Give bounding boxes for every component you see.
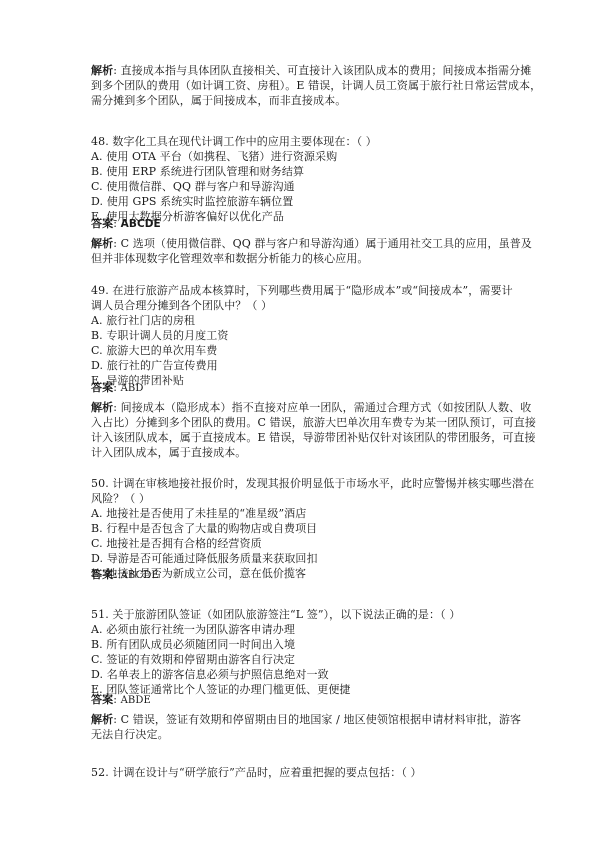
option-c: C. 地接社是否拥有合格的经营资质	[91, 537, 262, 551]
analysis-line: 入占比）分摊到多个团队的费用。C 错误，旅游大巴单次用车费专为某一团队预订，可直…	[91, 416, 536, 430]
analysis-line: 解析: C 选项（使用微信群、QQ 群与客户和导游沟通）属于通用社交工具的应用，…	[91, 237, 532, 251]
answer-value: ABD	[121, 383, 144, 394]
analysis-label: 解析	[91, 237, 113, 250]
option-d: D. 使用 GPS 系统实时监控旅游车辆位置	[91, 195, 293, 209]
question-text: 调人员合理分摊到各个团队中？（ ）	[91, 299, 272, 313]
option-d: D. 导游是否可能通过降低服务质量来获取回扣	[91, 552, 318, 566]
analysis-line: 计入该团队成本，属于直接成本。E 错误，导游带团补贴仅针对该团队的带团服务，可直…	[91, 431, 536, 445]
answer-line: 答案: ABDE	[91, 693, 151, 708]
analysis-label: 解析	[91, 713, 113, 726]
answer-label: 答案	[91, 693, 113, 706]
option-c: C. 签证的有效期和停留期由游客自行决定	[91, 653, 295, 667]
question-text: 52. 计调在设计与“研学旅行”产品时，应着重把握的要点包括：（ ）	[91, 766, 422, 780]
analysis-label: 解析	[91, 64, 113, 77]
question-text: 50. 计调在审核地接社报价时，发现其报价明显低于市场水平，此时应警惕并核实哪些…	[91, 477, 534, 491]
option-d: D. 名单表上的游客信息必须与护照信息绝对一致	[91, 668, 329, 682]
option-c: C. 使用微信群、QQ 群与客户和导游沟通	[91, 180, 295, 194]
analysis-label: 解析	[91, 401, 113, 414]
analysis-line: 解析: C 错误，签证有效期和停留期由目的地国家 / 地区使领馆根据申请材料审批…	[91, 713, 521, 727]
answer-value: ABCDE	[121, 218, 161, 230]
question-text: 48. 数字化工具在现代计调工作中的应用主要体现在：（ ）	[91, 135, 377, 149]
answer-line: 答案: ABD	[91, 381, 144, 396]
option-a: A. 使用 OTA 平台（如携程、飞猪）进行资源采购	[91, 150, 337, 164]
analysis-line: 解析: 间接成本（隐形成本）指不直接对应单一团队，需通过合理方式（如按团队人数、…	[91, 401, 531, 415]
question-text: 风险？（ ）	[91, 492, 150, 506]
question-text: 49. 在进行旅游产品成本核算时，下列哪些费用属于“隐形成本”或“间接成本”，需…	[91, 284, 513, 298]
answer-label: 答案	[91, 568, 113, 581]
analysis-line: 到多个团队的费用（如计调工资、房租）。E 错误，计调人员工资属于旅行社日常运营成…	[91, 79, 541, 93]
answer-value: ABCDE	[121, 570, 159, 581]
answer-line: 答案: ABCDE	[91, 568, 159, 583]
option-b: B. 专职计调人员的月度工资	[91, 329, 228, 343]
option-d: D. 旅行社的广告宣传费用	[91, 359, 218, 373]
option-b: B. 所有团队成员必须随团同一时间出入境	[91, 638, 295, 652]
analysis-line: 无法自行决定。	[91, 728, 169, 742]
answer-label: 答案	[91, 217, 113, 230]
analysis-line: 计入团队成本，属于直接成本。	[91, 446, 246, 460]
option-c: C. 旅游大巴的单次用车费	[91, 344, 217, 358]
option-a: A. 地接社是否使用了未挂星的“准星级”酒店	[91, 507, 306, 521]
analysis-line: 解析: 直接成本指与具体团队直接相关、可直接计入该团队成本的费用；间接成本指需分…	[91, 64, 531, 78]
option-b: B. 使用 ERP 系统进行团队管理和财务结算	[91, 165, 304, 179]
answer-value: ABDE	[121, 695, 151, 706]
option-a: A. 必须由旅行社统一为团队游客申请办理	[91, 623, 295, 637]
option-b: B. 行程中是否包含了大量的购物店或自费项目	[91, 522, 317, 536]
analysis-line: 但并非体现数字化管理效率和数据分析能力的核心应用。	[91, 252, 369, 266]
option-a: A. 旅行社门店的房租	[91, 314, 195, 328]
question-text: 51. 关于旅游团队签证（如团队旅游签注“L 签”），以下说法正确的是：（ ）	[91, 608, 460, 622]
answer-label: 答案	[91, 381, 113, 394]
analysis-line: 需分摊到多个团队，属于间接成本，而非直接成本。	[91, 94, 346, 108]
answer-line: 答案: ABCDE	[91, 217, 161, 231]
